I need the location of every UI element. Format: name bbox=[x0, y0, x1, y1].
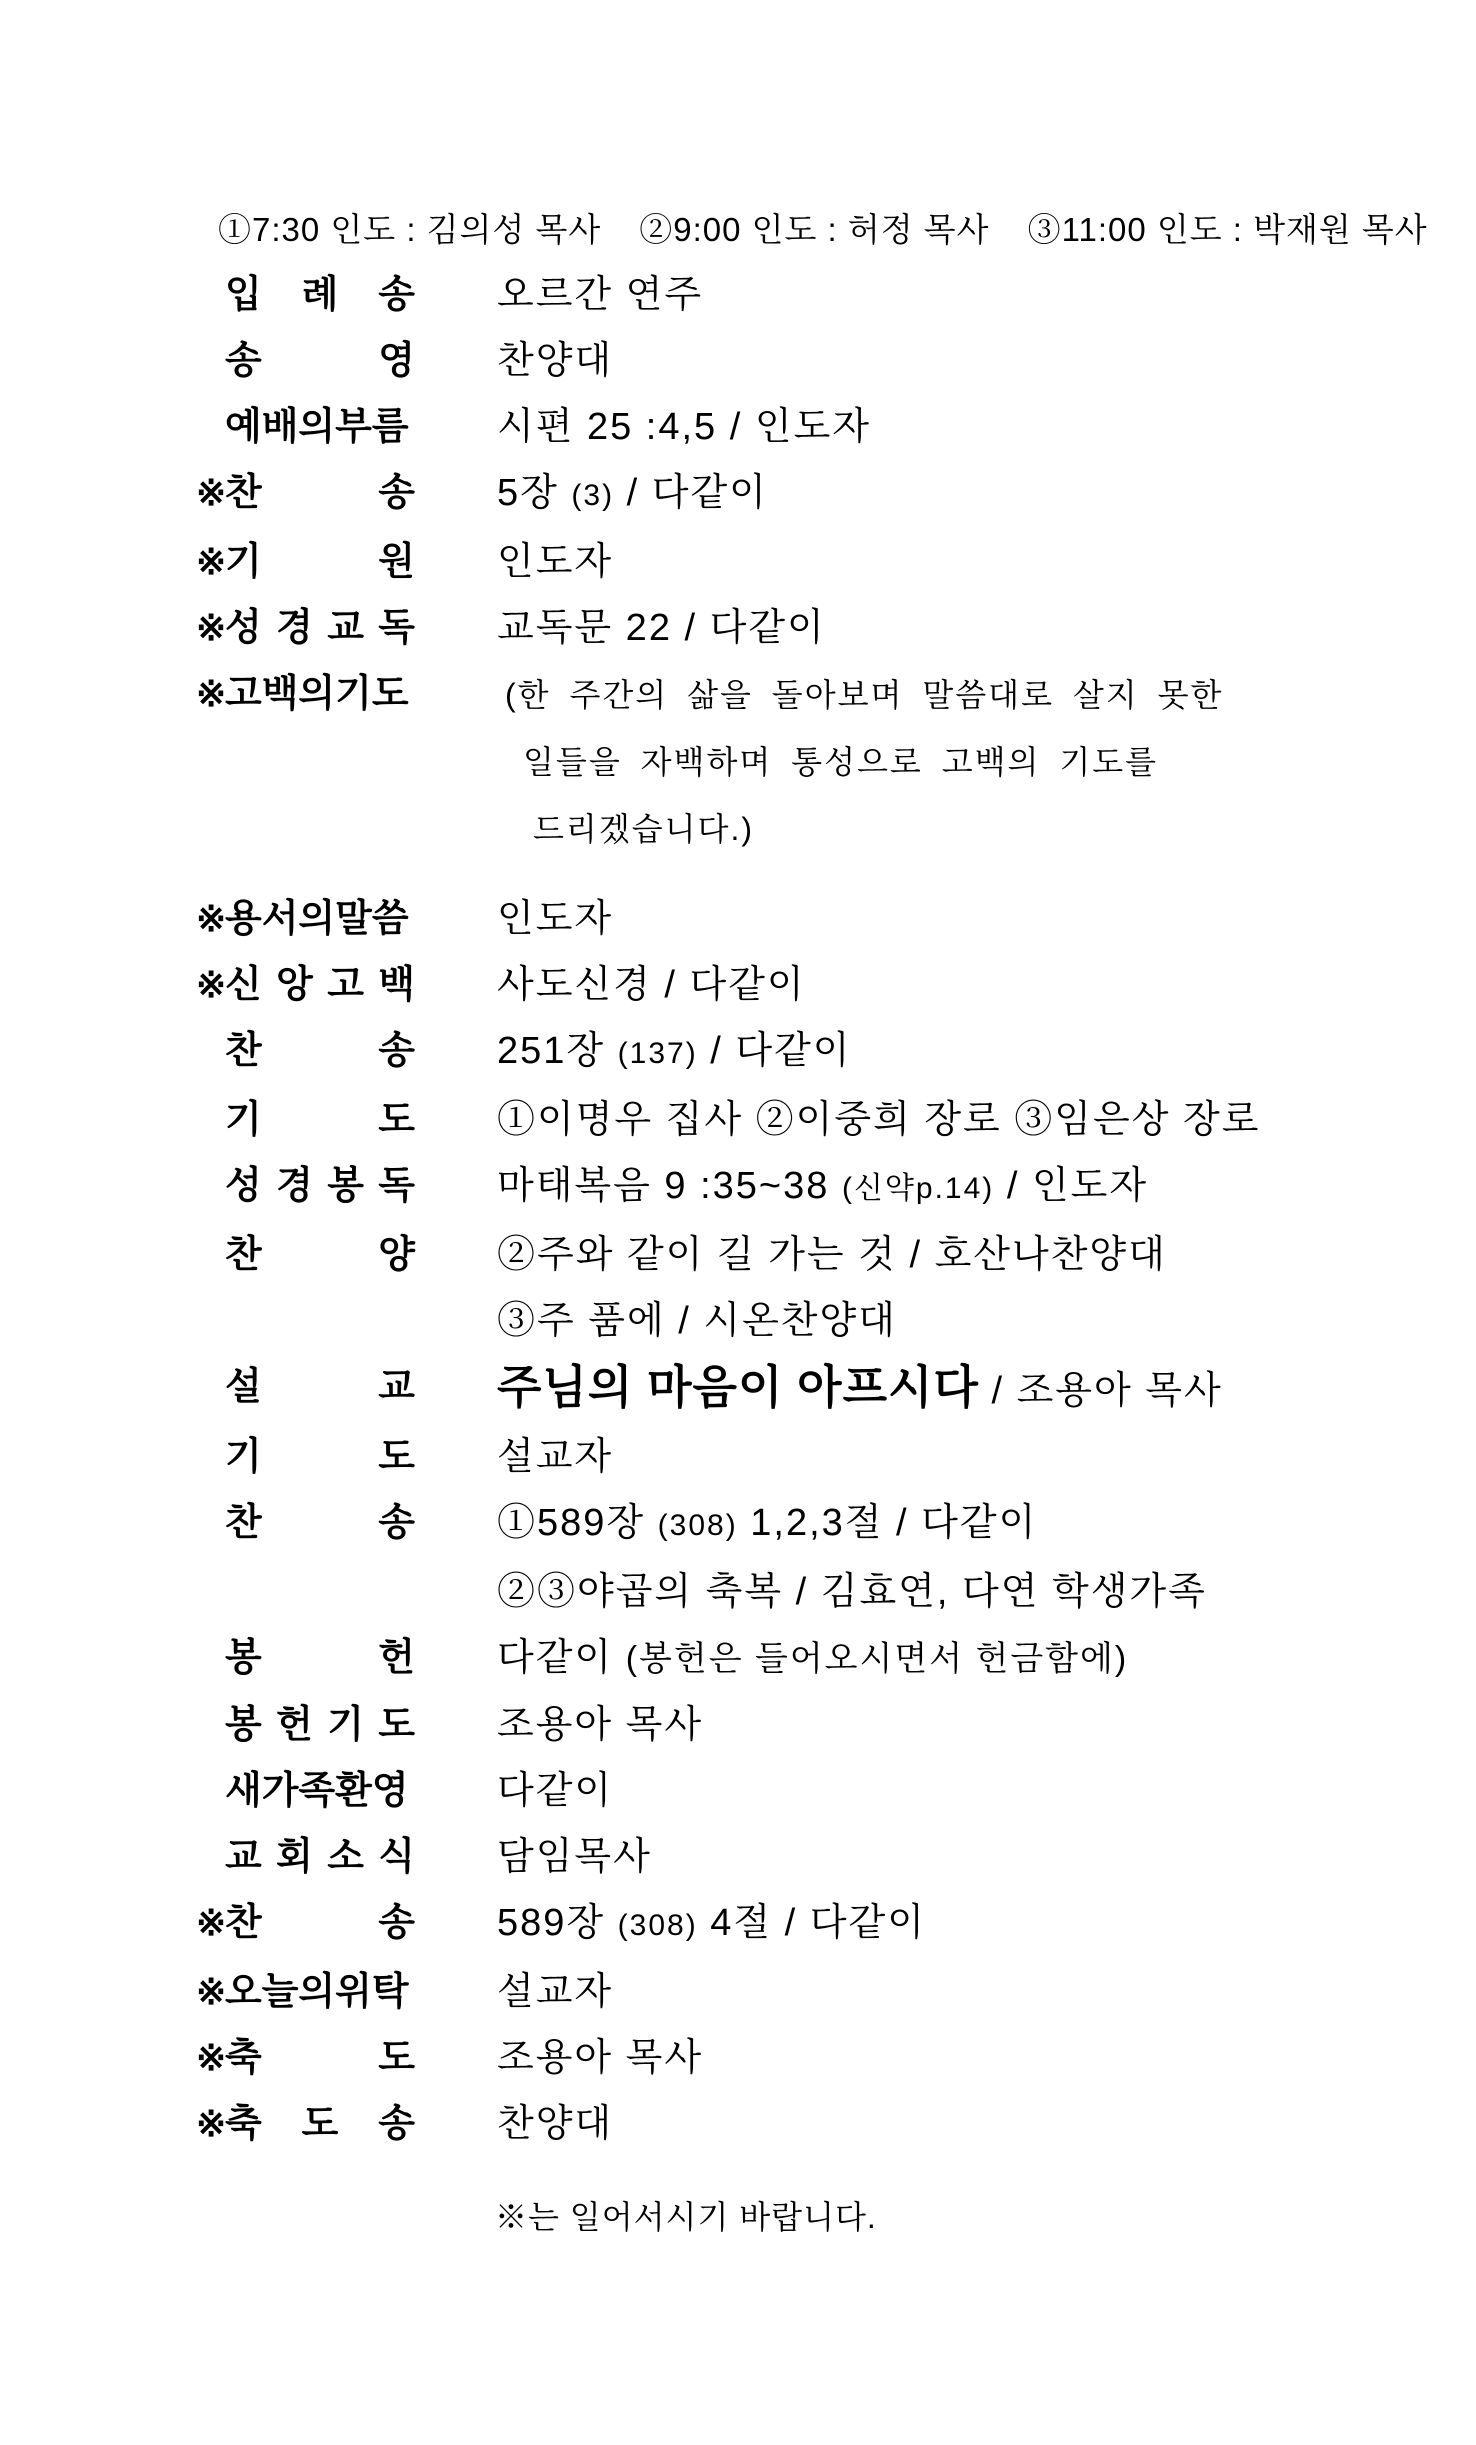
value-line: (한 주간의 삶을 돌아보며 말씀대로 살지 못한 bbox=[505, 661, 1223, 728]
value-segment: / 다같이 bbox=[614, 472, 768, 514]
value-segment: 4절 / 다같이 bbox=[698, 1902, 926, 1944]
value-segment: (봉헌은 들어오시면서 헌금함에) bbox=[626, 1640, 1129, 1678]
service-item-label: 기 원 bbox=[225, 529, 415, 595]
service-item-label: 예배의부름 bbox=[225, 394, 415, 460]
value-segment: 5장 bbox=[497, 472, 571, 514]
value-line: 다같이 (봉헌은 들어오시면서 헌금함에) bbox=[497, 1625, 1128, 1692]
service-row: ※축 도 송찬양대 bbox=[0, 2091, 1476, 2157]
service-row: ※성 경 교 독교독문 22 / 다같이 bbox=[0, 595, 1476, 661]
value-segment: ①이명우 집사 ②이중희 장로 ③임은상 장로 bbox=[497, 1099, 1260, 1141]
service-item-value: 설교자 bbox=[497, 1959, 613, 2025]
service-item-value: 5장 (3) / 다같이 bbox=[497, 460, 768, 529]
service-row: ※찬 송5장 (3) / 다같이 bbox=[0, 460, 1476, 529]
value-line: 설교자 bbox=[497, 1959, 613, 2025]
stand-mark: ※ bbox=[196, 2091, 225, 2157]
value-segment: 다같이 bbox=[497, 1637, 626, 1679]
value-line: 인도자 bbox=[497, 886, 613, 952]
service-item-value: 인도자 bbox=[497, 886, 613, 952]
service-order: 입 례 송오르간 연주송 영찬양대예배의부름시편 25 :4,5 / 인도자※찬… bbox=[0, 262, 1476, 2237]
service-item-value: 담임목사 bbox=[497, 1824, 652, 1890]
service-item-label: 기 도 bbox=[225, 1424, 415, 1490]
schedule-session-2: ②9:00 인도 : 허정 목사 bbox=[639, 204, 989, 251]
value-segment: 설교자 bbox=[497, 1971, 613, 2013]
service-row: 찬 송①589장 (308) 1,2,3절 / 다같이②③야곱의 축복 / 김효… bbox=[0, 1490, 1476, 1625]
service-row: 입 례 송오르간 연주 bbox=[0, 262, 1476, 328]
service-item-value: ②주와 같이 길 가는 것 / 호산나찬양대③주 품에 / 시온찬양대 bbox=[497, 1222, 1167, 1354]
value-segment: 설교자 bbox=[497, 1436, 613, 1478]
stand-mark: ※ bbox=[196, 460, 225, 526]
value-line: 찬양대 bbox=[497, 328, 613, 394]
value-line: 교독문 22 / 다같이 bbox=[497, 595, 826, 661]
value-line: ①이명우 집사 ②이중희 장로 ③임은상 장로 bbox=[497, 1087, 1260, 1153]
service-item-label: 오늘의위탁 bbox=[225, 1959, 415, 2025]
service-row: ※신 앙 고 백사도신경 / 다같이 bbox=[0, 952, 1476, 1018]
service-row: 찬 양②주와 같이 길 가는 것 / 호산나찬양대③주 품에 / 시온찬양대 bbox=[0, 1222, 1476, 1354]
value-segment: ①589장 bbox=[497, 1502, 658, 1544]
value-segment: ③주 품에 / 시온찬양대 bbox=[497, 1300, 897, 1342]
service-item-label: 축 도 bbox=[225, 2025, 415, 2091]
value-segment: 사도신경 / 다같이 bbox=[497, 964, 806, 1006]
value-line: 인도자 bbox=[497, 529, 613, 595]
value-line: 조용아 목사 bbox=[497, 1692, 703, 1758]
service-item-value: (한 주간의 삶을 돌아보며 말씀대로 살지 못한일들을 자백하며 통성으로 고… bbox=[505, 661, 1223, 862]
value-segment: 인도자 bbox=[497, 541, 613, 583]
service-item-value: ①이명우 집사 ②이중희 장로 ③임은상 장로 bbox=[497, 1087, 1260, 1153]
service-item-label: 성 경 봉 독 bbox=[225, 1153, 415, 1219]
value-line: ①589장 (308) 1,2,3절 / 다같이 bbox=[497, 1490, 1207, 1559]
service-row: 기 도①이명우 집사 ②이중희 장로 ③임은상 장로 bbox=[0, 1087, 1476, 1153]
service-row: 봉 헌 기 도조용아 목사 bbox=[0, 1692, 1476, 1758]
value-segment: (신약p.14) bbox=[842, 1172, 994, 1205]
value-segment: (한 주간의 삶을 돌아보며 말씀대로 살지 못한 bbox=[505, 677, 1223, 713]
stand-mark: ※ bbox=[196, 595, 225, 661]
value-line: 5장 (3) / 다같이 bbox=[497, 460, 768, 529]
service-item-label: 설 교 bbox=[225, 1354, 415, 1420]
service-item-value: 설교자 bbox=[497, 1424, 613, 1490]
value-line: 설교자 bbox=[497, 1424, 613, 1490]
service-item-label: 교 회 소 식 bbox=[225, 1824, 415, 1890]
service-item-value: 조용아 목사 bbox=[497, 2025, 703, 2091]
service-item-value: 찬양대 bbox=[497, 328, 613, 394]
service-item-label: 찬 송 bbox=[225, 1490, 415, 1556]
service-item-label: 찬 양 bbox=[225, 1222, 415, 1288]
service-row: 성 경 봉 독마태복음 9 :35~38 (신약p.14) / 인도자 bbox=[0, 1153, 1476, 1222]
service-item-value: 찬양대 bbox=[497, 2091, 613, 2157]
value-segment: (3) bbox=[571, 479, 614, 512]
value-segment: ②주와 같이 길 가는 것 / 호산나찬양대 bbox=[497, 1234, 1167, 1276]
service-row: ※용서의말씀인도자 bbox=[0, 886, 1476, 952]
service-schedule-line: ①7:30 인도 : 김의성 목사 ②9:00 인도 : 허정 목사 ③11:0… bbox=[218, 204, 1428, 251]
value-segment: (308) bbox=[658, 1509, 738, 1542]
value-line: 다같이 bbox=[497, 1758, 613, 1824]
value-segment: / 인도자 bbox=[994, 1165, 1148, 1207]
service-row: 설 교주님의 마음이 아프시다 / 조용아 목사 bbox=[0, 1354, 1476, 1424]
stand-mark: ※ bbox=[196, 886, 225, 952]
service-item-value: 사도신경 / 다같이 bbox=[497, 952, 806, 1018]
value-segment: / 조용아 목사 bbox=[979, 1370, 1223, 1412]
value-line: 찬양대 bbox=[497, 2091, 613, 2157]
service-item-value: 251장 (137) / 다같이 bbox=[497, 1018, 852, 1087]
value-segment: 교독문 22 / 다같이 bbox=[497, 607, 826, 649]
service-row: ※기 원인도자 bbox=[0, 529, 1476, 595]
value-segment: 찬양대 bbox=[497, 340, 613, 382]
value-line: 251장 (137) / 다같이 bbox=[497, 1018, 852, 1087]
stand-mark: ※ bbox=[196, 529, 225, 595]
service-row: 새가족환영다같이 bbox=[0, 1758, 1476, 1824]
service-row: 교 회 소 식담임목사 bbox=[0, 1824, 1476, 1890]
value-line: 담임목사 bbox=[497, 1824, 652, 1890]
value-line: ③주 품에 / 시온찬양대 bbox=[497, 1288, 1167, 1354]
stand-mark: ※ bbox=[196, 2025, 225, 2091]
service-item-value: ①589장 (308) 1,2,3절 / 다같이②③야곱의 축복 / 김효연, … bbox=[497, 1490, 1207, 1625]
value-line: 시편 25 :4,5 / 인도자 bbox=[497, 394, 871, 460]
value-segment: / 다같이 bbox=[698, 1030, 852, 1072]
value-line: 일들을 자백하며 통성으로 고백의 기도를 bbox=[505, 728, 1223, 795]
service-item-label: 새가족환영 bbox=[225, 1758, 415, 1824]
service-item-label: 봉 헌 bbox=[225, 1625, 415, 1691]
service-row: ※고백의기도(한 주간의 삶을 돌아보며 말씀대로 살지 못한일들을 자백하며 … bbox=[0, 661, 1476, 862]
service-row: 찬 송251장 (137) / 다같이 bbox=[0, 1018, 1476, 1087]
value-segment: 담임목사 bbox=[497, 1836, 652, 1878]
service-item-label: 찬 송 bbox=[225, 1018, 415, 1084]
value-segment: 다같이 bbox=[497, 1770, 613, 1812]
value-segment: 주님의 마음이 아프시다 bbox=[497, 1361, 979, 1413]
value-segment: 찬양대 bbox=[497, 2103, 613, 2145]
service-item-label: 송 영 bbox=[225, 328, 415, 394]
value-line: 주님의 마음이 아프시다 / 조용아 목사 bbox=[497, 1354, 1223, 1424]
value-segment: 일들을 자백하며 통성으로 고백의 기도를 bbox=[523, 744, 1158, 780]
value-line: 사도신경 / 다같이 bbox=[497, 952, 806, 1018]
service-item-value: 교독문 22 / 다같이 bbox=[497, 595, 826, 661]
service-item-value: 다같이 (봉헌은 들어오시면서 헌금함에) bbox=[497, 1625, 1128, 1692]
value-segment: ②③야곱의 축복 / 김효연, 다연 학생가족 bbox=[497, 1571, 1207, 1613]
service-item-value: 오르간 연주 bbox=[497, 262, 703, 328]
service-item-label: 축 도 송 bbox=[225, 2091, 415, 2157]
service-item-value: 마태복음 9 :35~38 (신약p.14) / 인도자 bbox=[497, 1153, 1148, 1222]
service-row: 기 도설교자 bbox=[0, 1424, 1476, 1490]
service-item-label: 고백의기도 bbox=[225, 661, 415, 727]
bulletin-page: ①7:30 인도 : 김의성 목사 ②9:00 인도 : 허정 목사 ③11:0… bbox=[0, 0, 1476, 2445]
service-item-label: 찬 송 bbox=[225, 460, 415, 526]
schedule-session-3: ③11:00 인도 : 박재원 목사 bbox=[1028, 204, 1428, 251]
stand-mark: ※ bbox=[196, 1959, 225, 2025]
service-row: ※찬 송589장 (308) 4절 / 다같이 bbox=[0, 1890, 1476, 1959]
service-row: 송 영찬양대 bbox=[0, 328, 1476, 394]
service-item-label: 찬 송 bbox=[225, 1890, 415, 1956]
schedule-session-1: ①7:30 인도 : 김의성 목사 bbox=[218, 204, 601, 251]
service-item-label: 입 례 송 bbox=[225, 262, 415, 328]
value-line: ②주와 같이 길 가는 것 / 호산나찬양대 bbox=[497, 1222, 1167, 1288]
service-item-value: 589장 (308) 4절 / 다같이 bbox=[497, 1890, 926, 1959]
value-segment: 589장 bbox=[497, 1902, 618, 1944]
service-item-label: 기 도 bbox=[225, 1087, 415, 1153]
value-segment: 1,2,3절 / 다같이 bbox=[738, 1502, 1038, 1544]
value-line: 조용아 목사 bbox=[497, 2025, 703, 2091]
stand-mark: ※ bbox=[196, 661, 225, 727]
service-item-value: 시편 25 :4,5 / 인도자 bbox=[497, 394, 871, 460]
service-item-label: 봉 헌 기 도 bbox=[225, 1692, 415, 1758]
service-item-label: 신 앙 고 백 bbox=[225, 952, 415, 1018]
value-segment: 조용아 목사 bbox=[497, 2037, 703, 2079]
value-line: 마태복음 9 :35~38 (신약p.14) / 인도자 bbox=[497, 1153, 1148, 1222]
service-row: 예배의부름시편 25 :4,5 / 인도자 bbox=[0, 394, 1476, 460]
value-line: 589장 (308) 4절 / 다같이 bbox=[497, 1890, 926, 1959]
value-line: 오르간 연주 bbox=[497, 262, 703, 328]
service-item-value: 주님의 마음이 아프시다 / 조용아 목사 bbox=[497, 1354, 1223, 1424]
stand-mark: ※ bbox=[196, 1890, 225, 1956]
value-segment: 마태복음 9 :35~38 bbox=[497, 1165, 842, 1207]
service-item-value: 조용아 목사 bbox=[497, 1692, 703, 1758]
service-row: 봉 헌다같이 (봉헌은 들어오시면서 헌금함에) bbox=[0, 1625, 1476, 1692]
footer-note: ※는 일어서시기 바랍니다. bbox=[0, 2197, 1476, 2237]
service-row: ※축 도조용아 목사 bbox=[0, 2025, 1476, 2091]
service-item-label: 용서의말씀 bbox=[225, 886, 415, 952]
value-segment: (137) bbox=[618, 1037, 698, 1070]
value-line: 드리겠습니다.) bbox=[505, 795, 1223, 862]
value-segment: 인도자 bbox=[497, 898, 613, 940]
value-line: ②③야곱의 축복 / 김효연, 다연 학생가족 bbox=[497, 1559, 1207, 1625]
value-segment: 드리겠습니다.) bbox=[533, 811, 754, 847]
service-row: ※오늘의위탁설교자 bbox=[0, 1959, 1476, 2025]
value-segment: 조용아 목사 bbox=[497, 1704, 703, 1746]
value-segment: 오르간 연주 bbox=[497, 274, 703, 316]
service-item-value: 인도자 bbox=[497, 529, 613, 595]
service-item-value: 다같이 bbox=[497, 1758, 613, 1824]
value-segment: (308) bbox=[618, 1909, 698, 1942]
service-item-label: 성 경 교 독 bbox=[225, 595, 415, 661]
stand-mark: ※ bbox=[196, 952, 225, 1018]
value-segment: 251장 bbox=[497, 1030, 618, 1072]
value-segment: 시편 25 :4,5 / 인도자 bbox=[497, 406, 871, 448]
